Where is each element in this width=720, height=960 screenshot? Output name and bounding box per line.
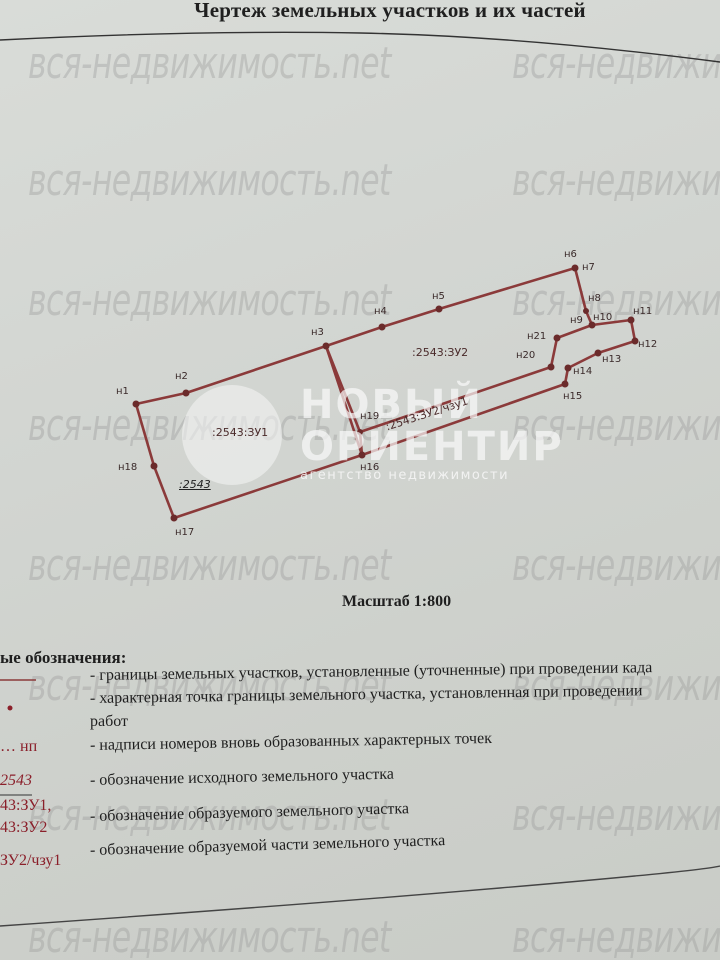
point-label: н21: [527, 331, 546, 342]
point-label: н9: [570, 315, 583, 326]
legend-symbol: … нп: [0, 738, 37, 756]
frame-line-bottom: [0, 866, 720, 926]
legend-item-continuation: работ: [90, 713, 128, 731]
point-label: н15: [563, 391, 582, 402]
point-label: н11: [633, 306, 652, 317]
point-label: н5: [432, 291, 445, 302]
parcel-label-zu2: :2543:ЗУ2: [412, 346, 468, 359]
watermark-logo-line2: ОРИЕНТИР: [300, 424, 564, 470]
point-label: н6: [564, 249, 577, 260]
scale-label: Масштаб 1:800: [342, 593, 451, 611]
point-label: н2: [175, 371, 188, 382]
point-label: н7: [582, 262, 595, 273]
point-label: н8: [588, 293, 601, 304]
point-label: н3: [311, 327, 324, 338]
legend-symbol: 2543: [0, 772, 32, 790]
legend-point-sample: [8, 706, 13, 711]
point-label: н18: [118, 462, 137, 473]
point-label: н19: [360, 411, 379, 422]
legend-symbol: ЗУ2/чзу1: [0, 852, 61, 870]
document-page: вся-недвижимость.net вся-недвижимость.ne…: [0, 0, 720, 960]
point-label: н16: [360, 462, 379, 473]
point-label: н14: [573, 366, 592, 377]
point-label: н13: [602, 354, 621, 365]
parcel-label-zu1: :2543:ЗУ1: [212, 426, 268, 439]
legend-heading: ые обозначения:: [0, 648, 126, 668]
point-label: н17: [175, 527, 194, 538]
parcel-label-source: :2543: [179, 478, 211, 491]
legend-symbol: 43:ЗУ1,: [0, 797, 51, 815]
point-label: н1: [116, 386, 129, 397]
point-label: н12: [638, 339, 657, 350]
legend-symbol: 43:ЗУ2: [0, 819, 47, 837]
point-label: н10: [593, 312, 612, 323]
point-label: н20: [516, 350, 535, 361]
watermark-logo-subtitle: агентство недвижимости: [300, 468, 509, 483]
point-label: н4: [374, 306, 387, 317]
frame-line-top: [0, 32, 720, 62]
